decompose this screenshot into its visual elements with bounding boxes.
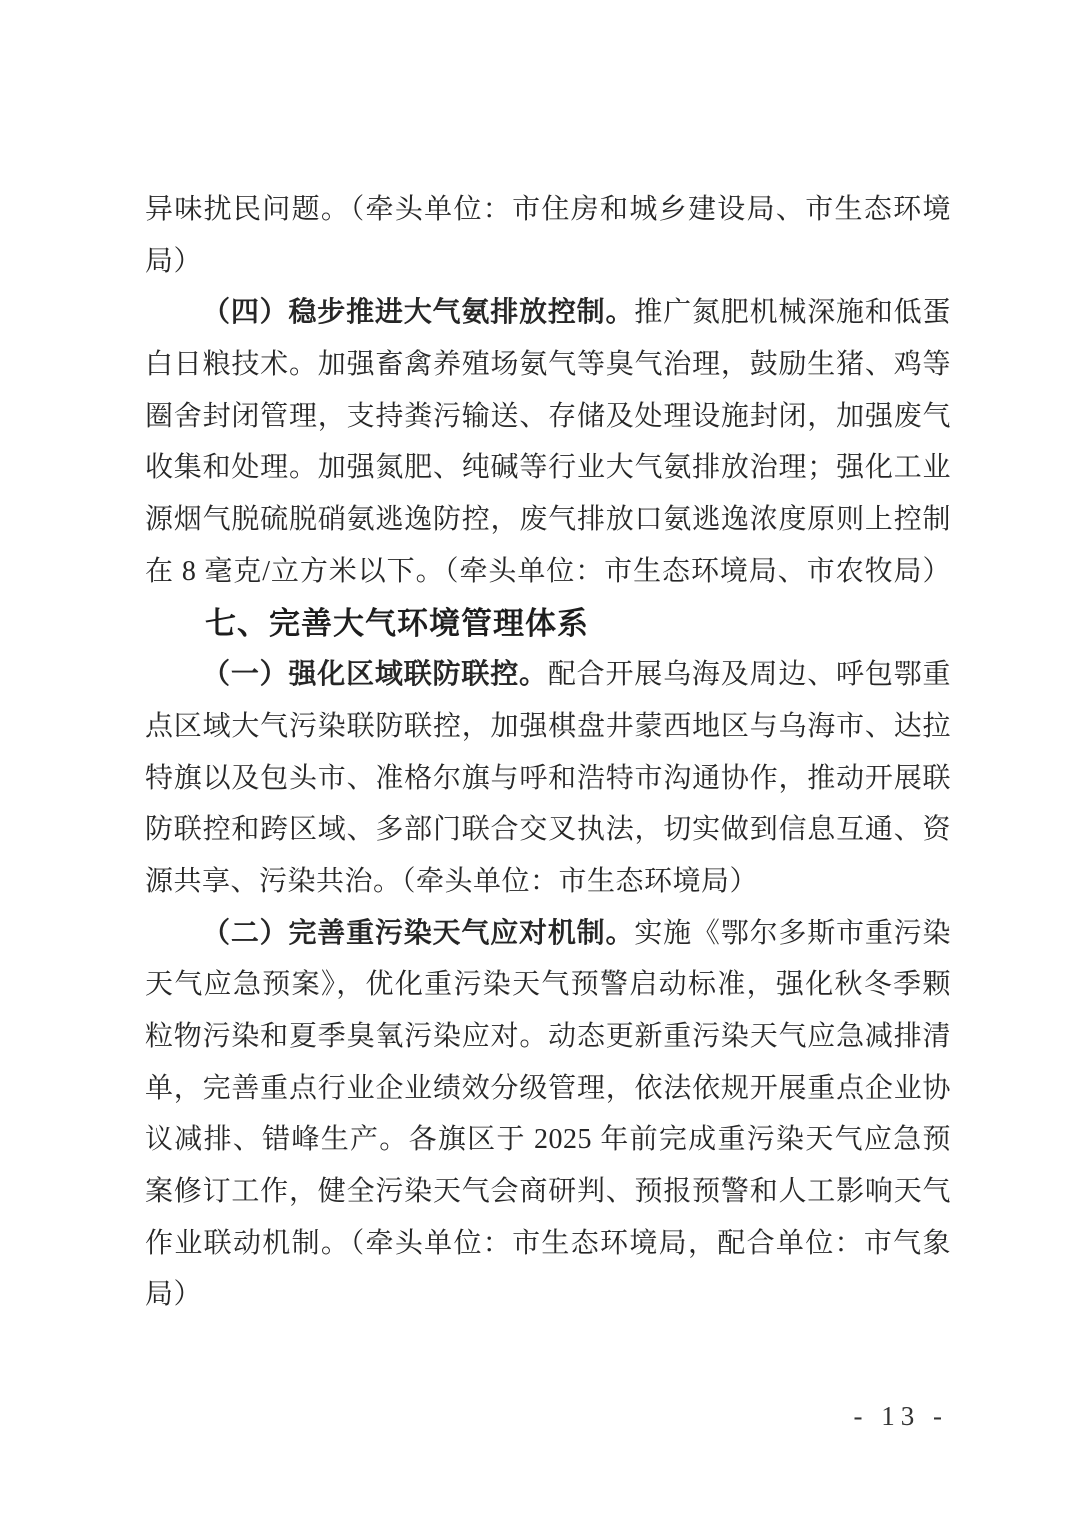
- text-line: 源烟气脱硫脱硝氨逃逸防控，废气排放口氨逃逸浓度原则上控制: [145, 494, 951, 546]
- text-line: 防联控和跨区域、多部门联合交叉执法，切实做到信息互通、资: [145, 804, 951, 856]
- paragraph-lead: （二）完善重污染天气应对机制。: [202, 918, 634, 949]
- text-line: 天气应急预案》，优化重污染天气预警启动标准，强化秋冬季颗: [145, 959, 951, 1011]
- paragraph-lead-rest: 配合开展乌海及周边、呼包鄂重: [548, 659, 951, 690]
- document-page: 异味扰民问题。（牵头单位：市住房和城乡建设局、市生态环境 局） （四）稳步推进大…: [0, 0, 1080, 1527]
- text-line: 作业联动机制。（牵头单位：市生态环境局，配合单位：市气象: [145, 1218, 951, 1270]
- text-line: 点区域大气污染联防联控，加强棋盘井蒙西地区与乌海市、达拉: [145, 701, 951, 753]
- body-text: 异味扰民问题。（牵头单位：市住房和城乡建设局、市生态环境 局） （四）稳步推进大…: [145, 184, 951, 1321]
- page-number: - 13 -: [854, 1401, 948, 1432]
- text-line: 在 8 毫克/立方米以下。（牵头单位：市生态环境局、市农牧局）: [145, 546, 951, 598]
- text-line: 案修订工作，健全污染天气会商研判、预报预警和人工影响天气: [145, 1166, 951, 1218]
- text-line: 局）: [145, 1269, 951, 1321]
- text-line: 收集和处理。加强氮肥、纯碱等行业大气氨排放治理；强化工业: [145, 442, 951, 494]
- text-line: 白日粮技术。加强畜禽养殖场氨气等臭气治理，鼓励生猪、鸡等: [145, 339, 951, 391]
- text-line: 单，完善重点行业企业绩效分级管理，依法依规开展重点企业协: [145, 1063, 951, 1115]
- text-line: 局）: [145, 236, 951, 288]
- text-line: （二）完善重污染天气应对机制。实施《鄂尔多斯市重污染: [145, 908, 951, 960]
- paragraph-lead: （四）稳步推进大气氨排放控制。: [202, 297, 634, 328]
- paragraph-lead: （一）强化区域联防联控。: [202, 659, 548, 690]
- text-line: （一）强化区域联防联控。配合开展乌海及周边、呼包鄂重: [145, 649, 951, 701]
- text-line: 圈舍封闭管理，支持粪污输送、存储及处理设施封闭，加强废气: [145, 391, 951, 443]
- text-line: 议减排、错峰生产。各旗区于 2025 年前完成重污染天气应急预: [145, 1114, 951, 1166]
- section-heading: 七、完善大气环境管理体系: [145, 598, 951, 650]
- text-line: 粒物污染和夏季臭氧污染应对。动态更新重污染天气应急减排清: [145, 1011, 951, 1063]
- text-line: 源共享、污染共治。（牵头单位：市生态环境局）: [145, 856, 951, 908]
- paragraph-lead-rest: 实施《鄂尔多斯市重污染: [634, 918, 951, 949]
- text-line: 异味扰民问题。（牵头单位：市住房和城乡建设局、市生态环境: [145, 184, 951, 236]
- paragraph-lead-rest: 推广氮肥机械深施和低蛋: [634, 297, 951, 328]
- text-line: （四）稳步推进大气氨排放控制。推广氮肥机械深施和低蛋: [145, 287, 951, 339]
- text-line: 特旗以及包头市、准格尔旗与呼和浩特市沟通协作，推动开展联: [145, 753, 951, 805]
